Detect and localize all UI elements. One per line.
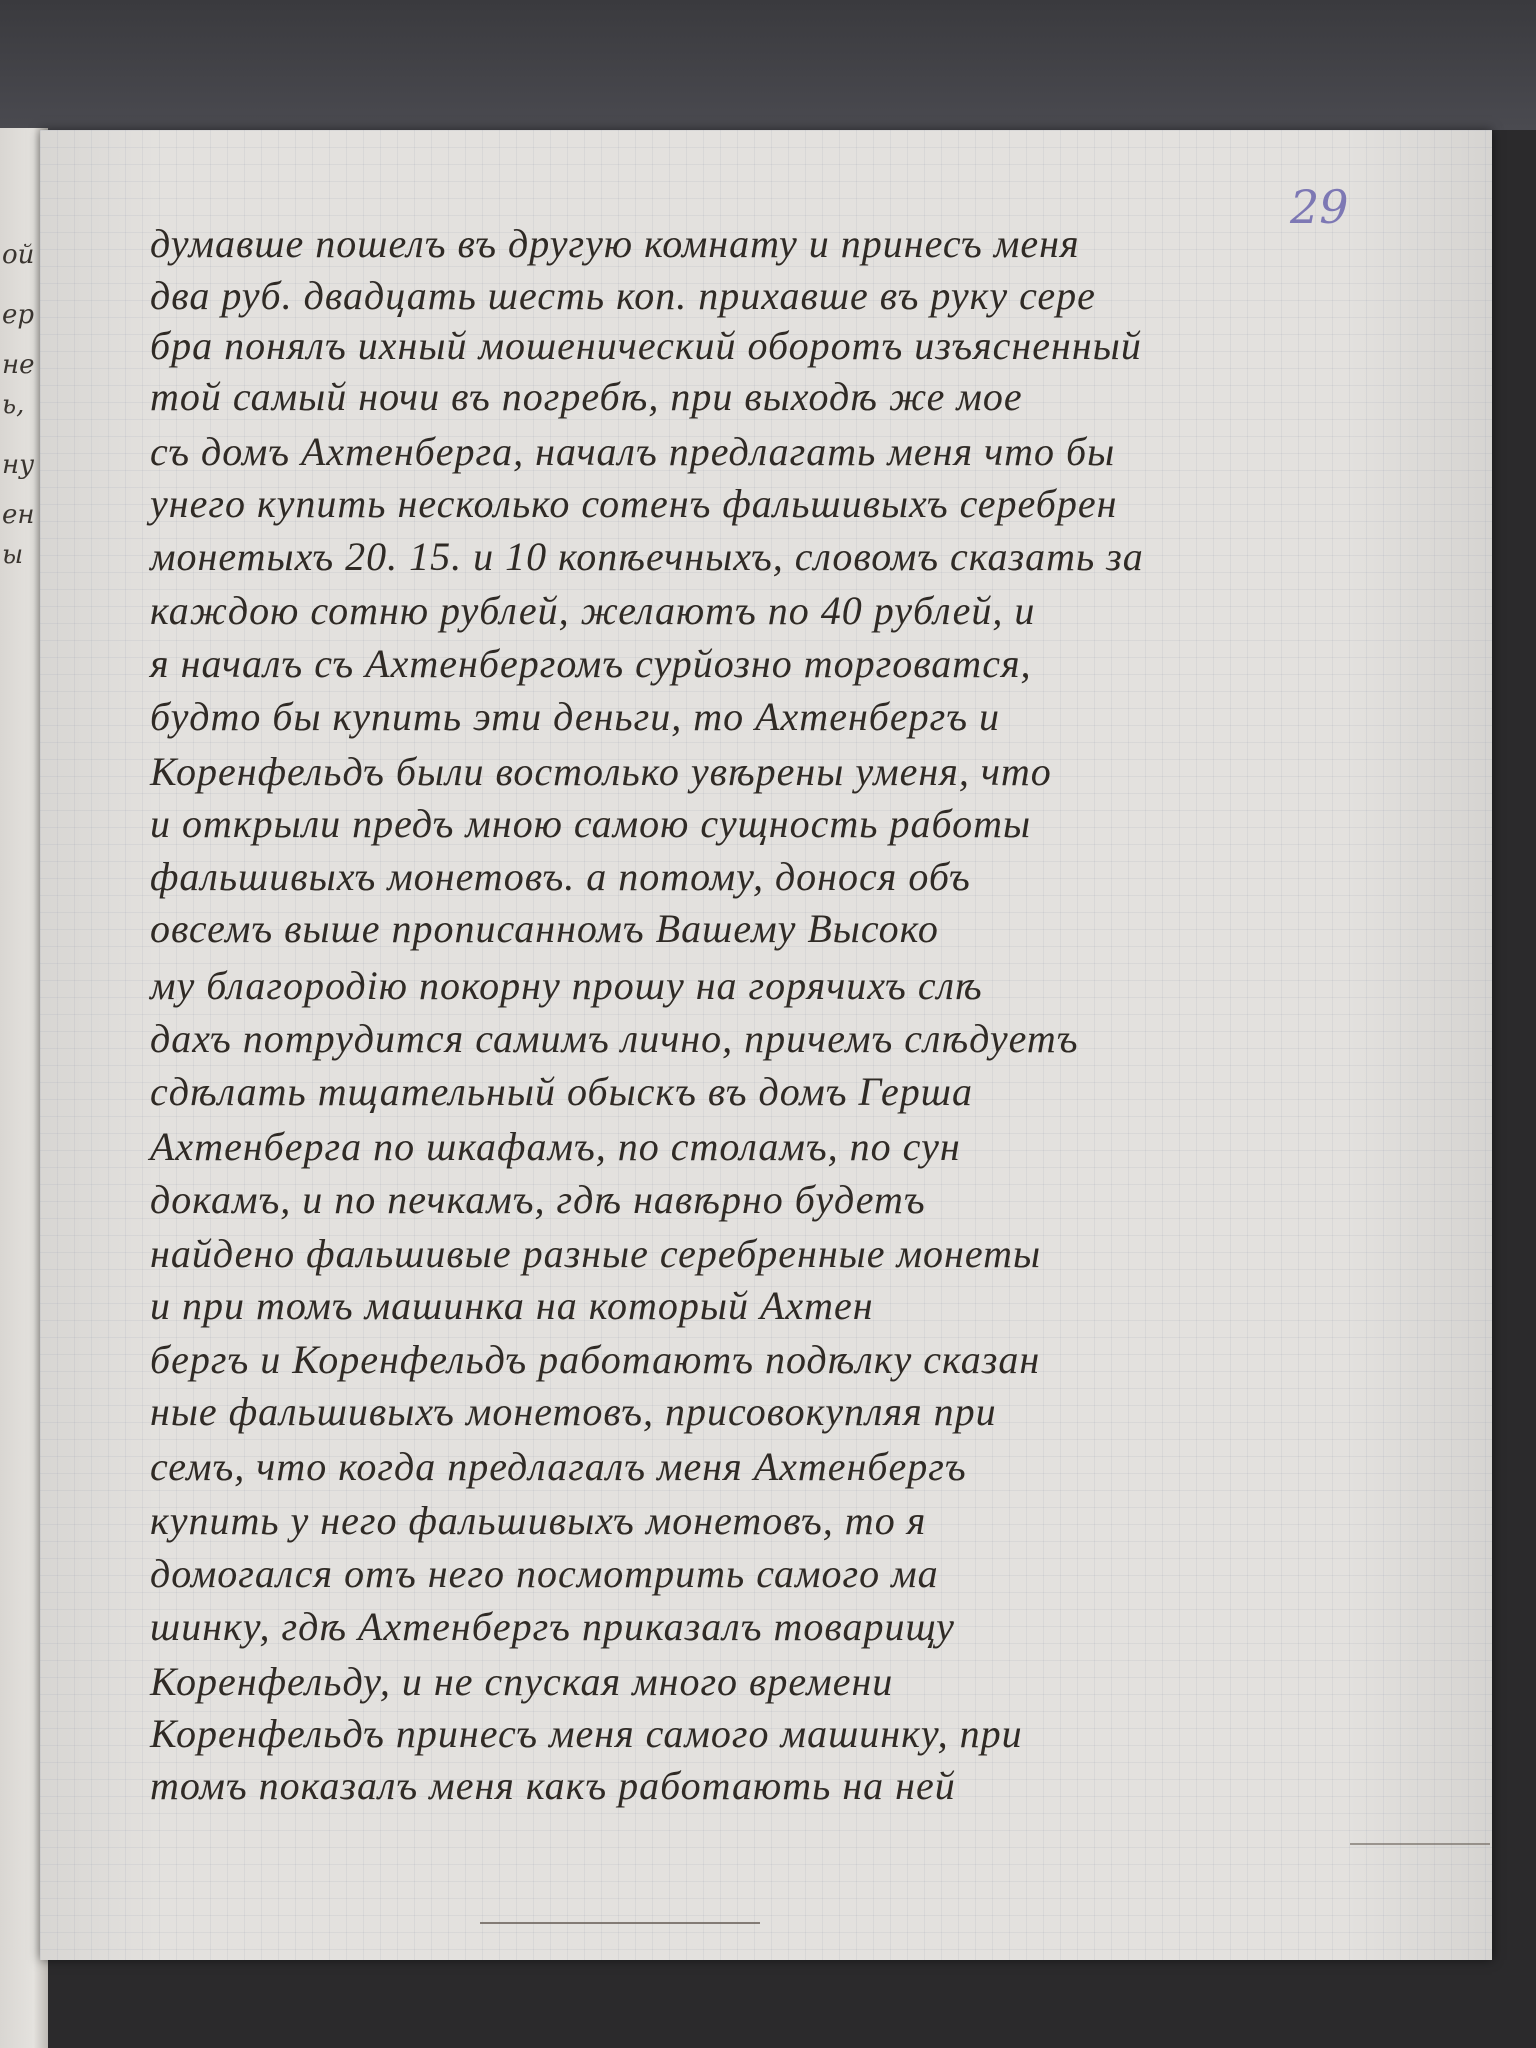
text-line: Коренфельдъ принесъ меня самого машинку,… (150, 1710, 1480, 1757)
left-page-fragment: ен (2, 500, 35, 530)
text-line: докамъ, и по печкамъ, гдѣ навѣрно будетъ (150, 1176, 1480, 1223)
text-line: бра понялъ ихный мошенический оборотъ из… (150, 322, 1480, 369)
left-page-fragment: ну (2, 450, 34, 480)
text-line: съ домъ Ахтенберга, началъ предлагать ме… (150, 428, 1480, 475)
text-line: дахъ потрудится самимъ лично, причемъ сл… (150, 1015, 1480, 1062)
text-line: найдено фальшивые разные серебренные мон… (150, 1230, 1480, 1277)
text-line: той самый ночи въ погребѣ, при выходѣ же… (150, 373, 1480, 420)
text-line: Коренфельдъ были востолько увѣрены уменя… (150, 748, 1480, 795)
text-line: думавше пошелъ въ другую комнату и прине… (150, 220, 1480, 267)
text-line: монетыхъ 20. 15. и 10 копѣечныхъ, словом… (150, 533, 1480, 580)
text-line: домогался отъ него посмотрить самого ма (150, 1550, 1480, 1597)
left-page-fragment: ы (2, 540, 23, 570)
text-line: ные фальшивыхъ монетовъ, присовокупляя п… (150, 1388, 1480, 1435)
left-page-fragment: ер (2, 300, 34, 330)
closing-flourish (480, 1922, 760, 1924)
text-line: и открыли предъ мною самою сущность рабо… (150, 800, 1480, 847)
left-page-fragment: ой (2, 240, 34, 270)
text-line: овсемъ выше прописанномъ Вашему Высоко (150, 905, 1480, 952)
text-line: я началъ съ Ахтенбергомъ сурйозно торгов… (150, 640, 1480, 687)
text-line: унего купить несколько сотенъ фальшивыхъ… (150, 480, 1480, 527)
text-line: фальшивыхъ монетовъ. а потому, донося об… (150, 853, 1480, 900)
text-line: будто бы купить эти деньги, то Ахтенберг… (150, 693, 1480, 740)
left-page-fragment: не (2, 350, 35, 380)
text-line: каждою сотню рублей, желаютъ по 40 рубле… (150, 587, 1480, 634)
text-line: купить у него фальшивыхъ монетовъ, то я (150, 1497, 1480, 1544)
text-line: шинку, гдѣ Ахтенбергъ приказалъ товарищу (150, 1603, 1480, 1650)
text-line: Ахтенберга по шкафамъ, по столамъ, по су… (150, 1123, 1480, 1170)
text-line: му благородію покорну прошу на горячихъ … (150, 962, 1480, 1009)
end-of-text-rule (1350, 1843, 1490, 1845)
text-line: Коренфельду, и не спуская много времени (150, 1658, 1480, 1705)
background-top (0, 0, 1536, 130)
text-line: семъ, что когда предлагалъ меня Ахтенбер… (150, 1443, 1480, 1490)
text-line: и при томъ машинка на который Ахтен (150, 1282, 1480, 1329)
left-page-fragment: ь, (2, 390, 24, 420)
text-line: два руб. двадцать шесть коп. прихавше въ… (150, 272, 1480, 319)
text-line: бергъ и Коренфельдъ работаютъ подѣлку ск… (150, 1336, 1480, 1383)
text-line: сдѣлать тщательный обыскъ въ домъ Герша (150, 1068, 1480, 1115)
text-line: томъ показалъ меня какъ работають на ней (150, 1762, 1480, 1809)
